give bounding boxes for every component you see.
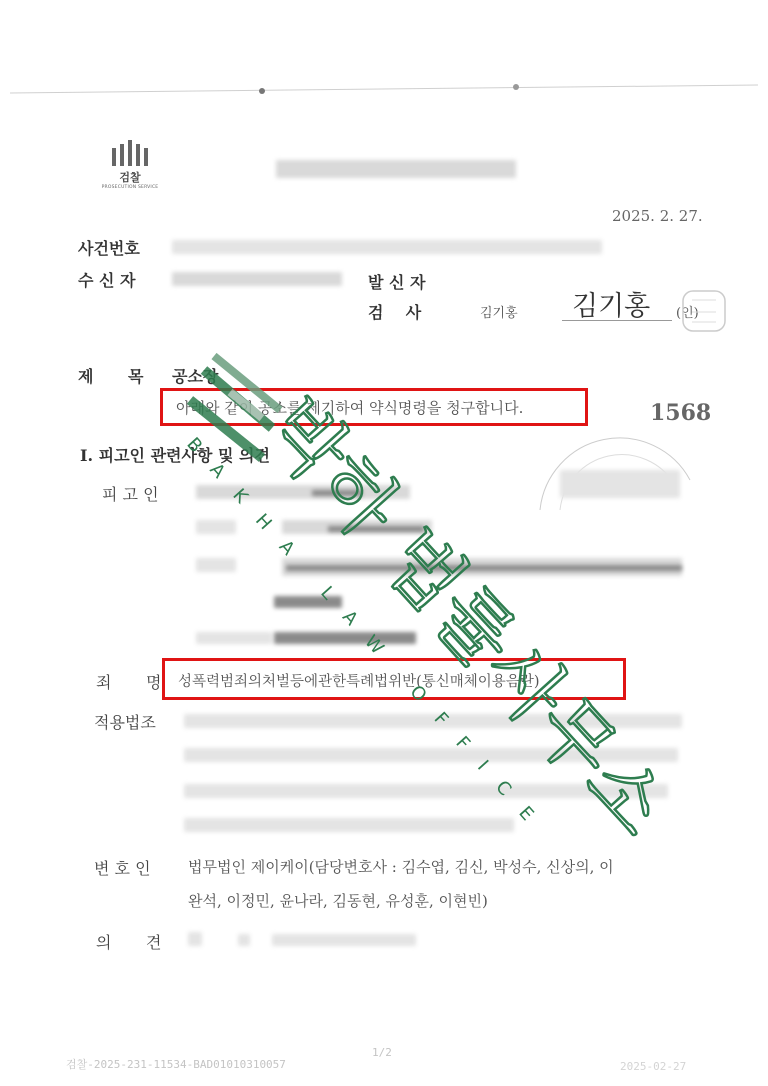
redacted-stamp-text: [560, 470, 680, 498]
charge-label-1: 죄: [96, 670, 111, 693]
official-seal-icon: [680, 288, 728, 334]
redacted-field-label-1: [196, 520, 236, 534]
footer-page-number: 1/2: [372, 1046, 392, 1059]
footer-doc-id: 검찰-2025-231-11534-BAD01010310057: [66, 1056, 286, 1072]
charge-text: 성폭력범죄의처벌등에관한특례법위반(통신매체이용음란): [178, 670, 540, 691]
redacted-applicable-law-line-1: [184, 714, 682, 728]
section-heading: I. 피고인 관련사항 및 의견: [80, 443, 270, 466]
redacted-applicable-law-line-3: [184, 784, 668, 798]
opinion-label-1: 의: [96, 930, 111, 953]
scan-artifact-line: [10, 84, 758, 96]
redacted-case-number: [172, 240, 602, 254]
counsel-label: 변 호 인: [94, 856, 151, 879]
recipient-label: 수 신 자: [78, 268, 136, 291]
redacted-office-title: [276, 160, 516, 178]
redacted-field-label-2: [196, 558, 236, 572]
subject-title: 공소장: [172, 364, 218, 387]
opinion-label-2: 견: [146, 930, 161, 953]
redacted-field-value-4: [274, 632, 416, 644]
redacted-field-value-3: [274, 596, 342, 608]
prosecutor-name: 김기홍: [480, 302, 518, 321]
sender-label: 발 신 자: [368, 270, 426, 293]
redacted-applicable-law-line-2: [184, 748, 678, 762]
subject-label-1: 제: [78, 364, 93, 387]
logo-text-ko: 검찰: [96, 169, 164, 185]
applicable-law-label: 적용법조: [94, 710, 156, 733]
redacted-defendant-detail: [312, 490, 362, 496]
signature-line: [562, 320, 672, 321]
redacted-field-label-4: [196, 632, 272, 644]
redacted-field-value-2-dark: [286, 565, 682, 571]
counsel-line-2: 완석, 이정민, 윤나라, 김동현, 유성훈, 이현빈): [188, 890, 488, 911]
footer-date: 2025-02-27: [620, 1060, 686, 1073]
redacted-applicable-law-line-4: [184, 818, 514, 832]
prosecutor-signature: 김기홍: [572, 284, 650, 323]
redacted-defendant-name: [196, 485, 410, 499]
document-date: 2025. 2. 27.: [612, 207, 703, 225]
logo-bars-icon: [96, 140, 164, 166]
prosecution-logo: 검찰 PROSECUTION SERVICE: [96, 140, 164, 200]
redacted-recipient: [172, 272, 342, 286]
subject-label-2: 목: [128, 364, 143, 387]
redacted-opinion-3: [272, 934, 416, 946]
charge-label-2: 명: [146, 670, 161, 693]
redacted-field-value-1-dark: [328, 526, 424, 532]
redacted-opinion-1: [188, 932, 202, 946]
logo-text-en: PROSECUTION SERVICE: [96, 185, 164, 190]
defendant-label: 피 고 인: [102, 482, 159, 505]
case-number-label: 사건번호: [78, 236, 140, 259]
subject-body: 아래와 같이 공소를 제기하여 약식명령을 청구합니다.: [176, 397, 523, 418]
counsel-line-1: 법무법인 제이케이(담당변호사 : 김수엽, 김신, 박성수, 신상의, 이: [188, 856, 614, 877]
redacted-opinion-2: [238, 934, 250, 946]
prosecutor-label: 검 사: [368, 300, 421, 323]
stamp-number: 1568: [650, 400, 711, 426]
